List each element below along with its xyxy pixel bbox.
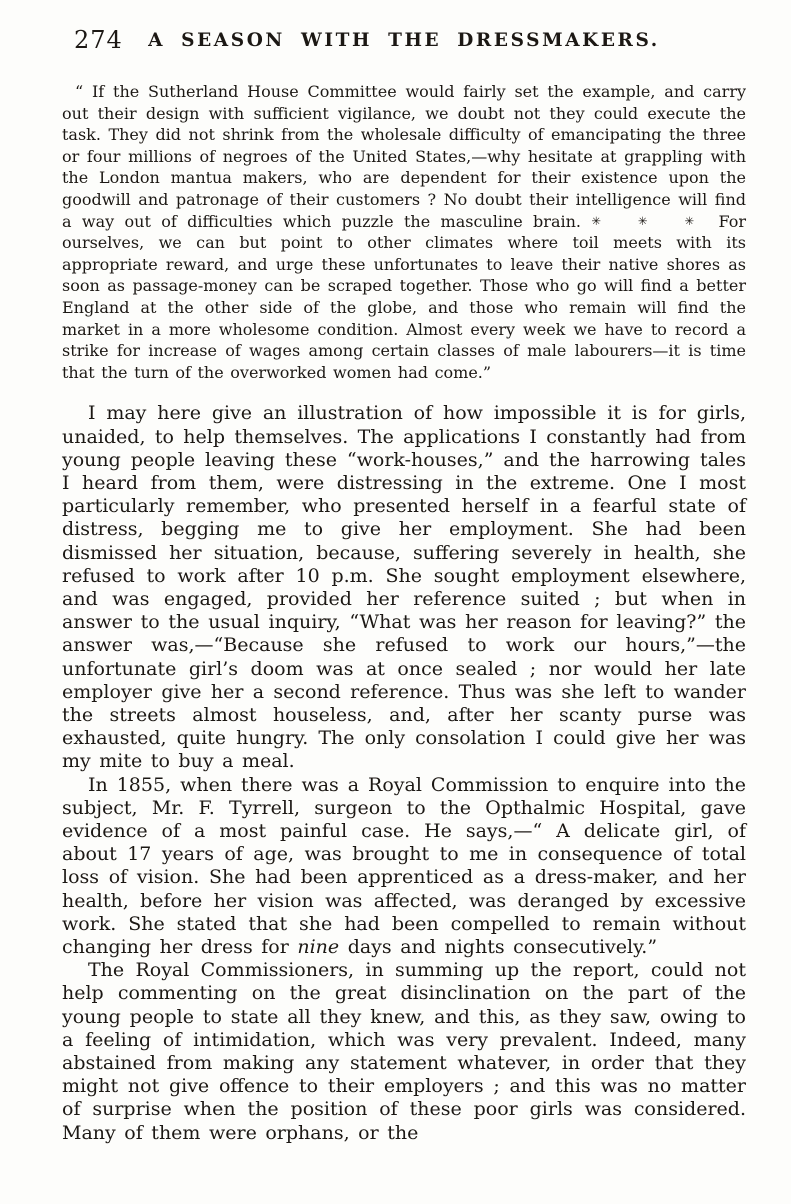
quote-paragraph: “ If the Sutherland House Committee woul… <box>62 81 746 383</box>
paragraph-royal-commission: In 1855, when there was a Royal Commissi… <box>62 774 746 960</box>
block-quote: “ If the Sutherland House Committee woul… <box>62 81 746 383</box>
paragraph-illustration: I may here give an illustration of how i… <box>62 402 746 773</box>
page-content: 274 A SEASON WITH THE DRESSMAKERS. “ If … <box>62 24 746 1145</box>
running-title: A SEASON WITH THE DRESSMAKERS. <box>62 24 746 51</box>
paragraph-commissioners-report: The Royal Commissioners, in summing up t… <box>62 959 746 1145</box>
page-number: 274 <box>74 26 123 54</box>
page-header: 274 A SEASON WITH THE DRESSMAKERS. <box>62 24 746 62</box>
book-page: 274 A SEASON WITH THE DRESSMAKERS. “ If … <box>0 0 791 1204</box>
body-text: I may here give an illustration of how i… <box>62 402 746 1145</box>
